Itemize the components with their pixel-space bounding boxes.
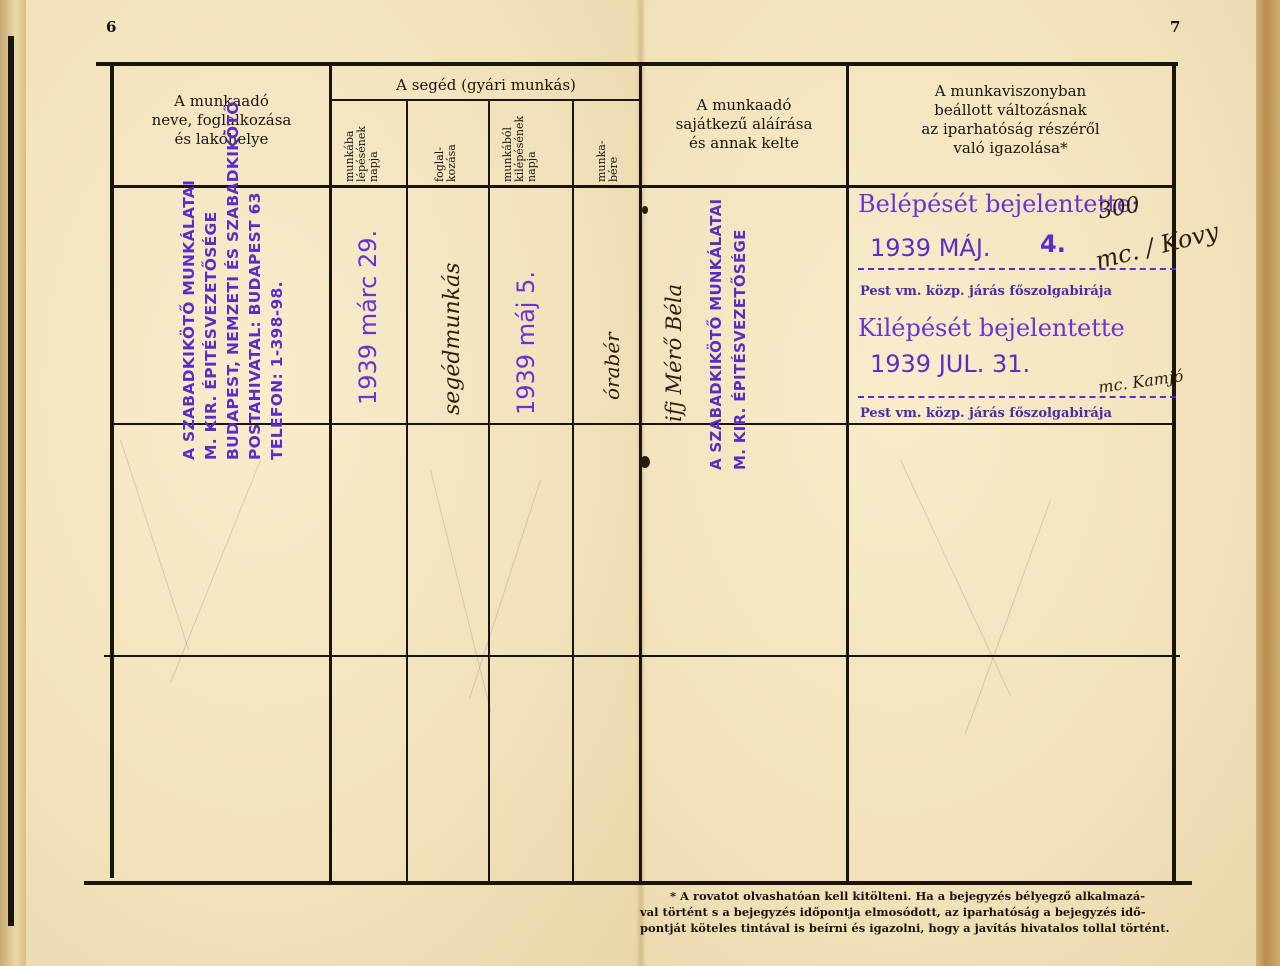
entry-stamp-day: 4.: [1040, 230, 1066, 258]
header-line: sajátkezű aláírása: [642, 115, 846, 134]
entry-date-stamp: 1939 márc 29.: [354, 215, 382, 405]
header-wage: munka- bére: [596, 130, 620, 182]
exit-stamp-title: Kilépését bejelentette: [858, 314, 1125, 342]
stamp-line: A SZABADKIKÖTŐ MUNKÁLATAI: [707, 199, 725, 470]
book-spine-left-edge: [0, 0, 26, 966]
col-divider: [406, 100, 408, 881]
table-top-rule: [96, 62, 1178, 66]
table-right-border: [1172, 66, 1176, 881]
header-line: A munkaviszonyban: [849, 82, 1172, 101]
stamp-line: BUDAPEST, NEMZETI ÉS SZABADKIKÖTŐ: [224, 101, 242, 460]
header-line: bére: [607, 157, 620, 182]
entry-stamp-date: 1939 MÁJ.: [870, 234, 991, 262]
cover-edge: [8, 36, 14, 926]
col-divider: [329, 66, 332, 881]
col-divider: [639, 66, 642, 881]
exit-stamp-date: 1939 JUL. 31.: [870, 350, 1030, 378]
wage-handwritten: órabér: [600, 280, 624, 400]
stamp-dashed-line: [858, 396, 1176, 398]
row-rule: [104, 655, 1180, 657]
binding-hole: [640, 456, 650, 468]
stamp-line: TELEFON: 1-398-98.: [268, 281, 286, 460]
occupation-handwritten: segédmunkás: [440, 215, 465, 415]
header-line: kozása: [445, 144, 458, 182]
header-occupation: foglal- kozása: [434, 124, 458, 182]
header-line: napja: [367, 151, 380, 182]
exit-stamp-office: Pest vm. közp. járás főszolgabirája: [860, 406, 1112, 421]
stamp-line: M. KIR. ÉPITÉSVEZETŐSÉGE: [202, 212, 220, 460]
book-right-edge: [1256, 0, 1280, 966]
stamp-line: M. KIR. ÉPITÉSVEZETŐSÉGE: [731, 229, 749, 470]
page-number-right: 7: [1170, 18, 1180, 36]
header-line: az iparhatóság részéről: [849, 120, 1172, 139]
header-exit-date: munkából kilépésének napja: [502, 104, 538, 182]
header-entry-date: munkába lépésének napja: [344, 108, 380, 182]
exit-date-stamp: 1939 máj 5.: [512, 225, 540, 415]
page-number-left: 6: [106, 18, 116, 36]
stamp-line: POSTAHIVATAL: BUDAPEST 63: [246, 192, 264, 460]
binding-hole: [642, 206, 648, 214]
table-bottom-rule: [84, 881, 1192, 885]
col-divider: [846, 66, 849, 881]
employer-rubber-stamp: A SZABADKIKÖTŐ MUNKÁLATAI M. KIR. ÉPITÉS…: [178, 70, 288, 460]
col-divider: [572, 100, 574, 881]
group-header-rule: [332, 99, 640, 101]
header-line: való igazolása*: [849, 139, 1172, 158]
header-line: A munkaadó: [642, 96, 846, 115]
footnote: * A rovatot olvashatóan kell kitölteni. …: [640, 888, 1210, 936]
col-divider: [488, 100, 490, 881]
signature-rubber-stamp: A SZABADKIKÖTŐ MUNKÁLATAI M. KIR. ÉPITÉS…: [704, 190, 752, 470]
header-authority-certification: A munkaviszonyban beállott változásnak a…: [849, 82, 1172, 158]
footnote-line: val történt s a bejegyzés időpontja elmo…: [640, 904, 1210, 920]
footnote-line: * A rovatot olvashatóan kell kitölteni. …: [640, 888, 1210, 904]
header-worker-group: A segéd (gyári munkás): [332, 76, 640, 95]
stamp-line: A SZABADKIKÖTŐ MUNKÁLATAI: [180, 180, 198, 460]
employer-signature-handwritten: ifj Mérő Béla: [662, 232, 686, 422]
header-line: napja: [525, 151, 538, 182]
header-line: beállott változásnak: [849, 101, 1172, 120]
header-employer-signature: A munkaadó sajátkezű aláírása és annak k…: [642, 96, 846, 153]
entry-stamp-office: Pest vm. közp. járás főszolgabirája: [860, 284, 1112, 299]
stamp-dashed-line: [858, 268, 1176, 270]
header-line: és annak kelte: [642, 134, 846, 153]
footnote-line: pontját köteles tintával is beírni és ig…: [640, 920, 1210, 936]
